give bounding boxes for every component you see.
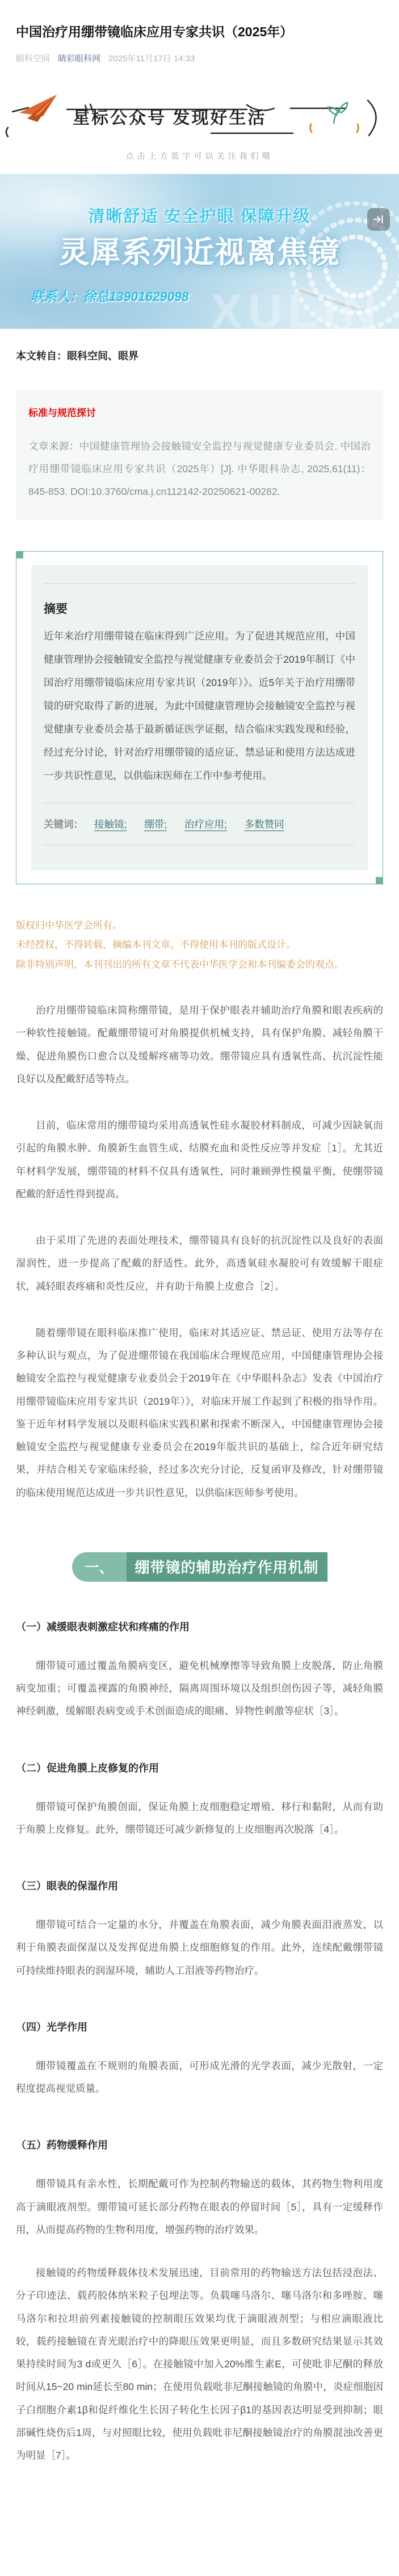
glasses-temple-decoration xyxy=(230,174,399,195)
page-title: 中国治疗用绷带镜临床应用专家共识（2025年） xyxy=(16,22,383,43)
copyright-line: 未经授权，不得转载、摘编本刊文章，不得使用本刊的版式设计。 xyxy=(16,935,383,955)
byline: 眼科空间 睛彩眼科网 2025年11月17日 14:33 xyxy=(16,52,383,64)
source-note: 本文转自：眼科空间、眼界 xyxy=(16,348,383,363)
corner-decoration-topleft xyxy=(16,551,23,558)
keyword-link[interactable]: 绷带; xyxy=(144,819,167,830)
citation-box: 标准与规范探讨 文章来源：中国健康管理协会接触镜安全监控与视觉健康专业委员会. … xyxy=(16,390,383,520)
subsection-paragraph: 绷带镜具有亲水性，长期配戴可作为控制药物输送的载体，其药物生物利用度高于滴眼液剂… xyxy=(16,2172,383,2241)
intro-paragraph: 随着绷带镜在眼科临床推广使用，临床对其适应证、禁忌证、使用方法等存在多种认识与观… xyxy=(16,1321,383,1504)
subsection-heading: （四）光学作用 xyxy=(16,2019,383,2034)
banner-contact: 联系人：徐总13901629098 xyxy=(31,286,189,305)
intro-paragraph: 由于采用了先进的表面处理技术，绷带镜具有良好的抗沉淀性以及良好的表面湿润性，进一… xyxy=(16,1229,383,1298)
subsection-paragraph: 接触镜的药物缓释载体技术发展迅速，目前常用的药物输送方法包括浸泡法、分子印迹法、… xyxy=(16,2261,383,2467)
banner-watermark: XULIN xyxy=(211,284,382,329)
copyright-line: 除非特别声明，本刊刊出的所有文章不代表中华医学会和本刊编委会的观点。 xyxy=(16,955,383,975)
abstract-title: 摘要 xyxy=(44,600,355,617)
corner-decoration-bottomright xyxy=(376,877,383,884)
author-name: 眼科空间 xyxy=(16,52,50,64)
abstract-card: 摘要 近年来治疗用绷带镜在临床得到广泛应用。为了促进其规范应用，中国健康管理协会… xyxy=(16,551,383,884)
follow-banner[interactable]: 星标公众号 发现好生活 xyxy=(0,88,399,146)
intro-paragraph: 治疗用绷带镜临床简称绷带镜，是用于保护眼表并辅助治疗角膜和眼表疾病的一种软性接触… xyxy=(16,999,383,1090)
subsection-paragraph: 绷带镜覆盖在不规则的角膜表面，可形成光滑的光学表面，减少光散射，一定程度提高视觉… xyxy=(16,2054,383,2100)
subsection-heading: （一）减缓眼表刺激症状和疼痛的作用 xyxy=(16,1619,383,1634)
citation-text: 文章来源：中国健康管理协会接触镜安全监控与视觉健康专业委员会. 中国治疗用绷带镜… xyxy=(28,435,371,503)
copyright-line: 版权归中华医学会所有。 xyxy=(16,916,383,936)
publish-date: 2025年11月17日 14:33 xyxy=(108,52,195,64)
keywords-row: 关键词： 接触镜; 绷带; 治疗应用; 多数赞同 xyxy=(44,803,355,845)
product-banner[interactable]: 清晰舒适 安全护眼 保障升级 灵犀系列近视离焦镜 联系人：徐总139016290… xyxy=(0,174,399,329)
section-title: 绷带镜的辅助治疗作用机制 xyxy=(127,1552,327,1582)
article-page: 中国治疗用绷带镜临床应用专家共识（2025年） 眼科空间 睛彩眼科网 2025年… xyxy=(0,0,399,2487)
keywords-label: 关键词： xyxy=(44,819,83,830)
follow-hint-text: 点击上方蓝字可以关注我们哦 xyxy=(0,150,399,162)
subsection-heading: （五）药物缓释作用 xyxy=(16,2137,383,2152)
follow-banner-headline: 星标公众号 发现好生活 xyxy=(73,104,266,129)
subsection-heading: （三）眼表的保湿作用 xyxy=(16,1878,383,1893)
subsection-paragraph: 绷带镜可保护角膜创面，保证角膜上皮细胞稳定增殖、移行和黏附，从而有助于角膜上皮修… xyxy=(16,1795,383,1841)
section-heading-1: 一、 绷带镜的辅助治疗作用机制 xyxy=(72,1552,327,1582)
keyword-link[interactable]: 治疗应用; xyxy=(184,819,227,830)
subsection-paragraph: 绷带镜可结合一定量的水分，并覆盖在角膜表面，减少角膜表面泪液蒸发，以利于角膜表面… xyxy=(16,1913,383,1982)
divider xyxy=(44,583,355,584)
keyword-link[interactable]: 接触镜; xyxy=(94,819,127,830)
section-number: 一、 xyxy=(72,1552,127,1582)
divider xyxy=(44,845,355,845)
abstract-panel: 摘要 近年来治疗用绷带镜在临床得到广泛应用。为了促进其规范应用，中国健康管理协会… xyxy=(31,565,368,870)
banner-product-name: 灵犀系列近视离焦镜 xyxy=(0,228,399,272)
copyright-notice: 版权归中华医学会所有。 未经授权，不得转载、摘编本刊文章，不得使用本刊的版式设计… xyxy=(16,916,383,976)
sprout-icon xyxy=(328,103,347,123)
abstract-body: 近年来治疗用绷带镜在临床得到广泛应用。为了促进其规范应用，中国健康管理协会接触镜… xyxy=(44,625,355,788)
account-link[interactable]: 睛彩眼科网 xyxy=(58,52,100,64)
column-tag: 标准与规范探讨 xyxy=(28,405,371,419)
intro-paragraph: 目前，临床常用的绷带镜均采用高透氧性硅水凝胶材料制成，可减少因缺氧而引起的角膜水… xyxy=(16,1114,383,1205)
banner-tagline: 清晰舒适 安全护眼 保障升级 xyxy=(0,204,399,227)
subsection-heading: （二）促进角膜上皮修复的作用 xyxy=(16,1760,383,1775)
subsection-paragraph: 绷带镜可通过覆盖角膜病变区，避免机械摩擦等导致角膜上皮脱落，防止角膜病变加重；可… xyxy=(16,1654,383,1723)
keyword-link[interactable]: 多数赞同 xyxy=(245,819,284,830)
